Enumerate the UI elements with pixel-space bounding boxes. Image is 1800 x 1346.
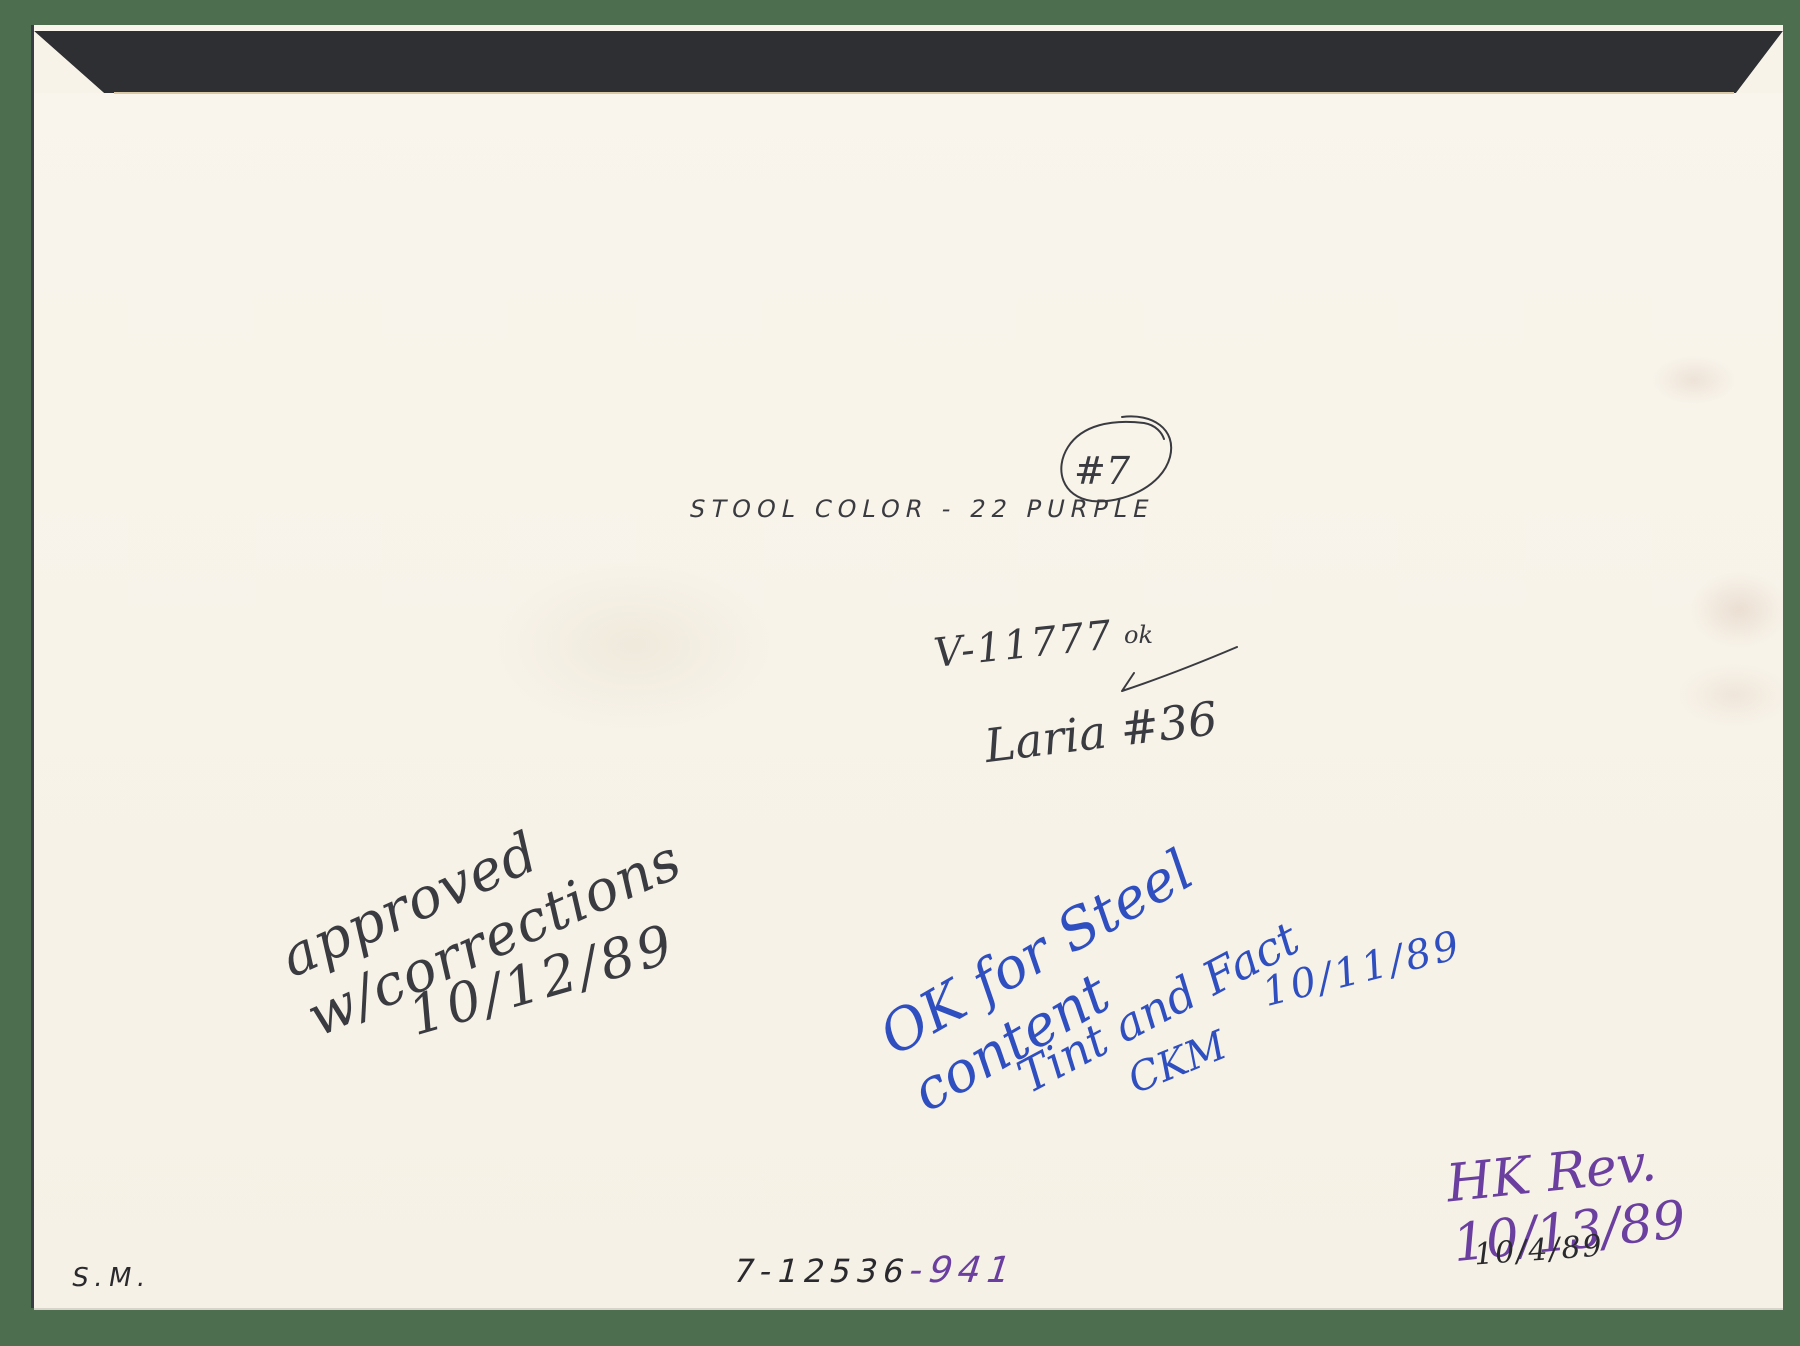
approval-card: STOOL COLOR - 22 PURPLE #7 V-11777 ok La…	[34, 25, 1783, 1308]
product-number-base: 7-12536	[729, 1252, 914, 1290]
bottom-left-initials: S.M.	[72, 1263, 151, 1293]
approval-note: approved w/corrections 10/12/89	[324, 770, 984, 1090]
steel-content-note: OK for Steel content Tint and Fact CKM 1…	[924, 825, 1484, 1125]
initials-text: S.M.	[69, 1263, 154, 1293]
number-7-text: #7	[1074, 449, 1130, 493]
black-top-band	[34, 25, 1783, 95]
artist-note: Laria #36	[984, 705, 1218, 759]
product-number: 7-12536-941	[734, 1250, 1015, 1291]
circled-number-7: #7	[1052, 409, 1177, 509]
bottom-right-date: 10/4/89	[1474, 1233, 1604, 1268]
product-number-suffix: -941	[903, 1250, 1022, 1291]
date-text: 10/4/89	[1473, 1229, 1605, 1273]
